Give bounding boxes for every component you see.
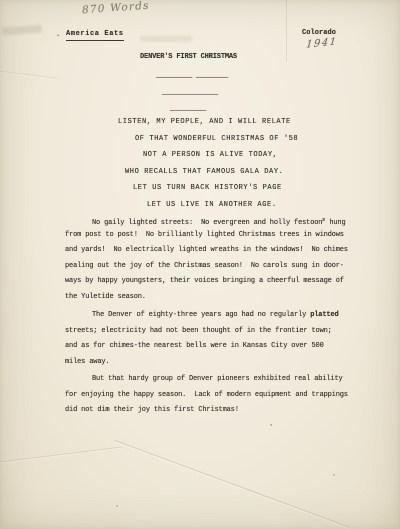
top-left-crease (0, 70, 58, 79)
body-line: ways by happy youngsters, their voices b… (65, 274, 365, 290)
typewritten-manuscript-page: 870 Words . America Eats Colorado 1941 D… (0, 0, 400, 529)
series-title: America Eats (66, 30, 124, 41)
body-line: did not dim their joy this first Christm… (65, 403, 365, 419)
poem-line: WHO RECALLS THAT FAMOUS GALA DAY. (125, 164, 400, 181)
poem-line: OF THAT WONDERFUL CHRISTMAS OF '58 (135, 131, 400, 148)
body-line: and yards! No electrically lighted wreat… (65, 243, 365, 259)
body-line: for enjoying the happy season. Lack of m… (65, 388, 365, 404)
bottom-left-crease (0, 447, 121, 463)
body-line: from post to post! No brilliantly lighte… (65, 228, 365, 244)
erased-pencil-smudge (2, 25, 42, 36)
paper-speck (333, 474, 335, 476)
document-title: DENVER'S FIRST CHRISTMAS (140, 53, 237, 62)
poem-line: LET US TURN BACK HISTORY'S PAGE (133, 180, 400, 197)
poem-line: LISTEN, MY PEOPLE, AND I WILL RELATE (118, 114, 400, 131)
body-line: and as for chimes-the nearest bells were… (65, 339, 365, 355)
body-line-text: The Denver of eighty-three years ago had… (92, 311, 310, 319)
body-line: miles away. (65, 355, 365, 371)
bottom-fold-crease (115, 440, 350, 528)
poem-line: NOT A PERSON IS ALIVE TODAY, (143, 147, 400, 164)
opening-poem: LISTEN, MY PEOPLE, AND I WILL RELATE OF … (0, 114, 400, 214)
body-line: But that hardy group of Denver pioneers … (65, 372, 365, 388)
body-line: pealing out the joy of the Christmas sea… (65, 259, 365, 275)
paper-speck (270, 424, 272, 426)
paper-speck (116, 505, 118, 507)
typed-rule-2: —————————————— (162, 91, 218, 100)
body-line: No gaily lighted streets: No evergreen a… (65, 212, 365, 228)
handwritten-word-count: 870 Words (82, 0, 150, 16)
paragraph-hardy-pioneers: But that hardy group of Denver pioneers … (65, 372, 365, 419)
body-line: streets; electricity had not been though… (65, 324, 365, 340)
vertical-crease (286, 0, 287, 62)
body-line: the Yuletide season. (65, 290, 365, 306)
erased-type-smudge (140, 36, 192, 42)
body-line-text: hung (325, 219, 345, 227)
emphasized-word-platted: platted (310, 311, 338, 319)
paragraph-no-lighted-streets: No gaily lighted streets: No evergreen a… (65, 212, 365, 306)
body-line: The Denver of eighty-three years ago had… (65, 308, 365, 324)
typed-rule-1: ————————— ———————— (156, 74, 228, 83)
body-line-text: No gaily lighted streets: No evergreen a… (92, 219, 322, 227)
margin-period-mark: . (56, 31, 60, 40)
handwritten-year: 1941 (305, 36, 337, 50)
paragraph-denver-eighty-three: The Denver of eighty-three years ago had… (65, 308, 365, 370)
